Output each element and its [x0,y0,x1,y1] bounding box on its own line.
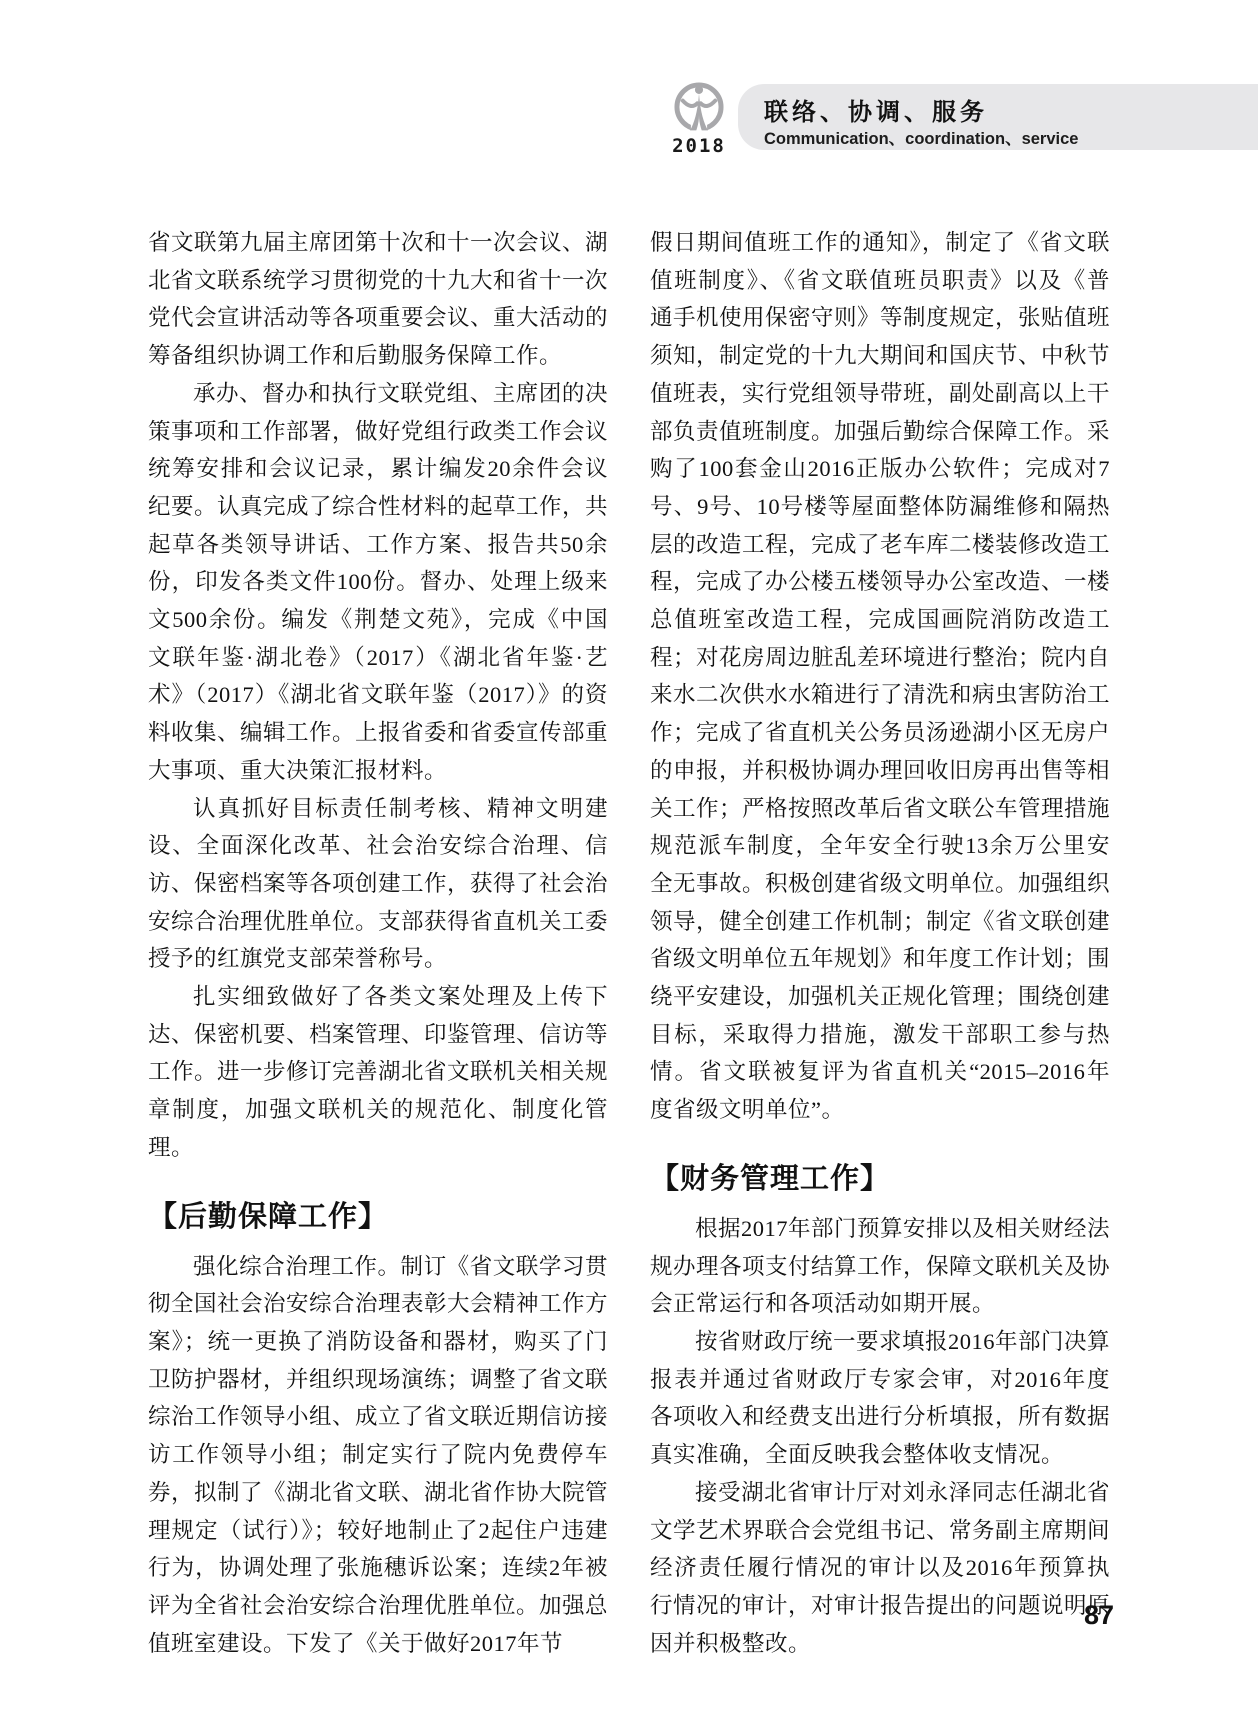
body-paragraph: 承办、督办和执行文联党组、主席团的决策事项和工作部署，做好党组行政类工作会议统筹… [148,375,608,790]
body-paragraph: 扎实细致做好了各类文案处理及上传下达、保密机要、档案管理、印鉴管理、信访等工作。… [148,978,608,1167]
page-number: 87 [1084,1600,1114,1631]
section-heading: 【财务管理工作】 [650,1156,1110,1197]
left-column: 省文联第九届主席团第十次和十一次会议、湖北省文联系统学习贯彻党的十九大和省十一次… [148,224,608,1662]
body-paragraph: 按省财政厅统一要求填报2016年部门决算报表并通过省财政厅专家会审，对2016年… [650,1323,1110,1474]
header-logo-block: 2018 [668,80,730,157]
body-paragraph: 假日期间值班工作的通知》，制定了《省文联值班制度》、《省文联值班员职责》以及《普… [650,224,1110,1129]
body-paragraph: 接受湖北省审计厅对刘永泽同志任湖北省文学艺术界联合会党组书记、常务副主席期间经济… [650,1474,1110,1663]
yearbook-page: 2018 联络、协调、服务 Communication、coordination… [0,0,1258,1719]
article-body: 省文联第九届主席团第十次和十一次会议、湖北省文联系统学习贯彻党的十九大和省十一次… [148,224,1110,1662]
right-column: 假日期间值班工作的通知》，制定了《省文联值班制度》、《省文联值班员职责》以及《普… [650,224,1110,1662]
body-paragraph: 根据2017年部门预算安排以及相关财经法规办理各项支付结算工作，保障文联机关及协… [650,1210,1110,1323]
chapter-title-band: 联络、协调、服务 Communication、coordination、serv… [738,84,1258,150]
body-paragraph: 省文联第九届主席团第十次和十一次会议、湖北省文联系统学习贯彻党的十九大和省十一次… [148,224,608,375]
body-paragraph: 认真抓好目标责任制考核、精神文明建设、全面深化改革、社会治安综合治理、信访、保密… [148,790,608,979]
section-heading: 【后勤保障工作】 [148,1194,608,1235]
cflac-emblem-icon [672,80,726,134]
chapter-title-english: Communication、coordination、service [764,125,1078,149]
chapter-title-chinese: 联络、协调、服务 [764,92,988,127]
body-paragraph: 强化综合治理工作。制订《省文联学习贯彻全国社会治安综合治理表彰大会精神工作方案》… [148,1248,608,1663]
edition-year: 2018 [668,135,730,157]
